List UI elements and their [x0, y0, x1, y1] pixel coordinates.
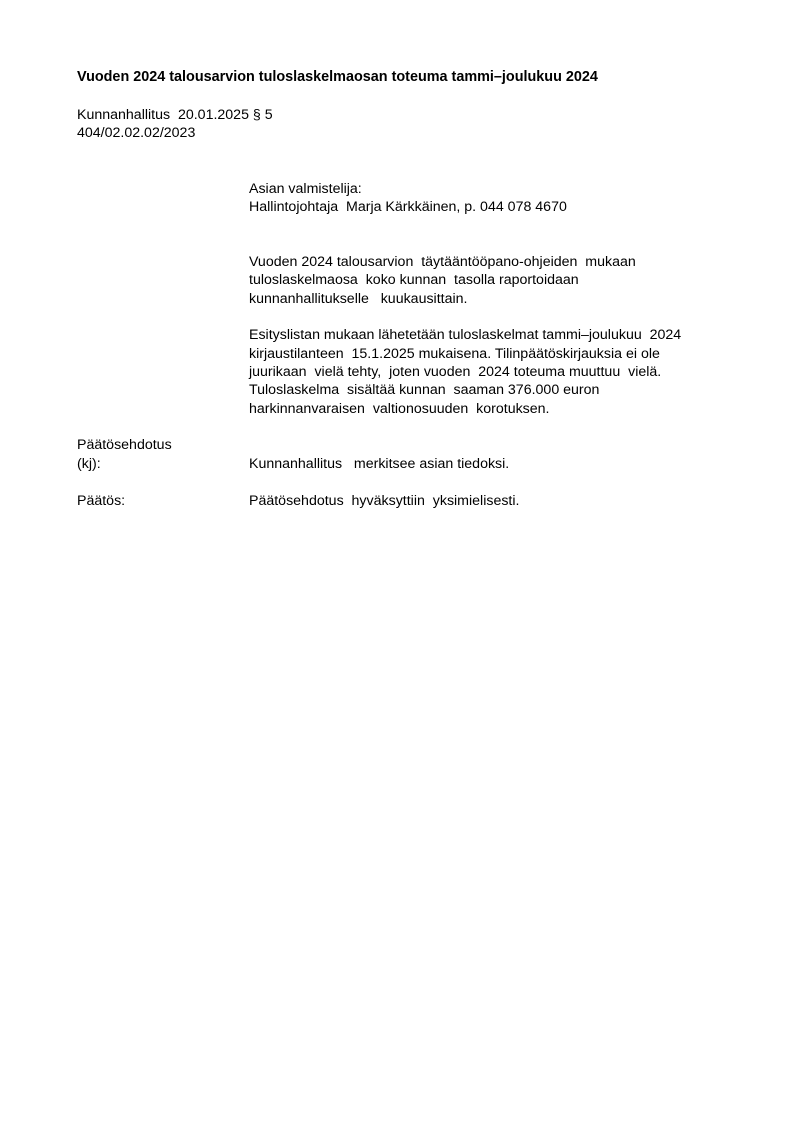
meeting-info: Kunnanhallitus 20.01.2025 § 5	[77, 106, 273, 124]
record-id: 404/02.02.02/2023	[77, 124, 195, 142]
proposal-text: Kunnanhallitus merkitsee asian tiedoksi.	[249, 455, 509, 473]
proposal-label-sub: (kj):	[77, 455, 101, 473]
decision-label: Päätös:	[77, 492, 125, 510]
document-title: Vuoden 2024 talousarvion tuloslaskelmaos…	[77, 68, 598, 86]
decision-text: Päätösehdotus hyväksyttiin yksimielisest…	[249, 492, 519, 510]
paragraph2-line: harkinnanvaraisen valtionosuuden korotuk…	[249, 400, 550, 418]
preparer-label: Asian valmistelija:	[249, 180, 362, 198]
paragraph1-line: tuloslaskelmaosa koko kunnan tasolla rap…	[249, 271, 579, 289]
paragraph2-line: kirjaustilanteen 15.1.2025 mukaisena. Ti…	[249, 345, 660, 363]
paragraph2-line: Esityslistan mukaan lähetetään tuloslask…	[249, 326, 681, 344]
paragraph2-line: juurikaan vielä tehty, joten vuoden 2024…	[249, 363, 661, 381]
paragraph1-line: kunnanhallitukselle kuukausittain.	[249, 290, 467, 308]
preparer: Hallintojohtaja Marja Kärkkäinen, p. 044…	[249, 198, 567, 216]
paragraph1-line: Vuoden 2024 talousarvion täytääntööpano-…	[249, 253, 636, 271]
paragraph2-line: Tuloslaskelma sisältää kunnan saaman 376…	[249, 381, 599, 399]
proposal-label: Päätösehdotus	[77, 436, 172, 454]
